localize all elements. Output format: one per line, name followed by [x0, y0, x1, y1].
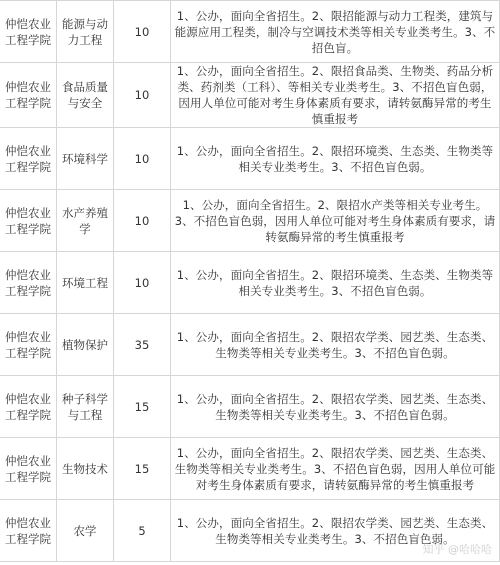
- quota-cell: 10: [114, 63, 171, 128]
- school-cell: 仲恺农业工程学院: [0, 63, 57, 128]
- school-cell: 仲恺农业工程学院: [0, 314, 57, 376]
- school-cell: 仲恺农业工程学院: [0, 438, 57, 500]
- major-cell: 环境工程: [57, 252, 114, 314]
- quota-cell: 10: [114, 128, 171, 190]
- requirements-cell: 1、公办，面向全省招生。2、限招水产类等相关专业考生。3、不招色盲色弱，因用人单…: [171, 190, 500, 252]
- school-cell: 仲恺农业工程学院: [0, 252, 57, 314]
- table-row: 仲恺农业工程学院 环境工程 10 1、公办，面向全省招生。2、限招环境类、生态类…: [0, 252, 500, 314]
- requirements-cell: 1、公办，面向全省招生。2、限招食品类、生物类、药品分析类、药剂类（工科）、等相…: [171, 63, 500, 128]
- major-cell: 食品质量与安全: [57, 63, 114, 128]
- quota-cell: 5: [114, 500, 171, 562]
- major-cell: 生物技术: [57, 438, 114, 500]
- school-cell: 仲恺农业工程学院: [0, 190, 57, 252]
- table-row: 仲恺农业工程学院 环境科学 10 1、公办，面向全省招生。2、限招环境类、生态类…: [0, 128, 500, 190]
- school-cell: 仲恺农业工程学院: [0, 376, 57, 438]
- major-cell: 农学: [57, 500, 114, 562]
- table-row: 仲恺农业工程学院 水产养殖学 10 1、公办，面向全省招生。2、限招水产类等相关…: [0, 190, 500, 252]
- table-row: 仲恺农业工程学院 生物技术 15 1、公办，面向全省招生。2、限招农学类、园艺类…: [0, 438, 500, 500]
- requirements-cell: 1、公办，面向全省招生。2、限招农学类、园艺类、生态类、生物类等相关专业类考生。…: [171, 314, 500, 376]
- quota-cell: 10: [114, 190, 171, 252]
- quota-cell: 15: [114, 438, 171, 500]
- major-cell: 能源与动力工程: [57, 1, 114, 63]
- watermark: 知乎 @哈哈哈: [423, 541, 493, 557]
- requirements-cell: 1、公办，面向全省招生。2、限招农学类、园艺类、生态类、生物类等相关专业类考生。…: [171, 438, 500, 500]
- admissions-table: 仲恺农业工程学院 能源与动力工程 10 1、公办，面向全省招生。2、限招能源与动…: [0, 0, 500, 562]
- school-cell: 仲恺农业工程学院: [0, 500, 57, 562]
- requirements-cell: 1、公办，面向全省招生。2、限招能源与动力工程类，建筑与能源应用工程类，制冷与空…: [171, 1, 500, 63]
- table-row: 仲恺农业工程学院 食品质量与安全 10 1、公办，面向全省招生。2、限招食品类、…: [0, 63, 500, 128]
- major-cell: 环境科学: [57, 128, 114, 190]
- school-cell: 仲恺农业工程学院: [0, 128, 57, 190]
- table-row: 仲恺农业工程学院 种子科学与工程 15 1、公办，面向全省招生。2、限招农学类、…: [0, 376, 500, 438]
- school-cell: 仲恺农业工程学院: [0, 1, 57, 63]
- major-cell: 植物保护: [57, 314, 114, 376]
- quota-cell: 10: [114, 1, 171, 63]
- quota-cell: 10: [114, 252, 171, 314]
- major-cell: 种子科学与工程: [57, 376, 114, 438]
- quota-cell: 15: [114, 376, 171, 438]
- quota-cell: 35: [114, 314, 171, 376]
- requirements-cell: 1、公办，面向全省招生。2、限招农学类、园艺类、生态类、生物类等相关专业类考生。…: [171, 376, 500, 438]
- requirements-cell: 1、公办，面向全省招生。2、限招环境类、生态类、生物类等相关专业类考生。3、不招…: [171, 252, 500, 314]
- table-row: 仲恺农业工程学院 植物保护 35 1、公办，面向全省招生。2、限招农学类、园艺类…: [0, 314, 500, 376]
- requirements-cell: 1、公办，面向全省招生。2、限招环境类、生态类、生物类等相关专业类考生。3、不招…: [171, 128, 500, 190]
- major-cell: 水产养殖学: [57, 190, 114, 252]
- table-row: 仲恺农业工程学院 能源与动力工程 10 1、公办，面向全省招生。2、限招能源与动…: [0, 1, 500, 63]
